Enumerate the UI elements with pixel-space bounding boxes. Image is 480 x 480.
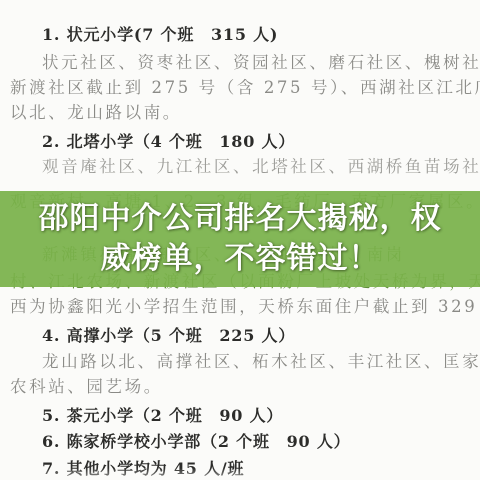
bottom-fade bbox=[0, 468, 480, 480]
section-heading-6: 6. 陈家桥学校小学部（2 个班 90 人） bbox=[42, 432, 350, 452]
section-heading-4: 4. 高撑小学（5 个班 225 人） bbox=[42, 326, 295, 346]
overlay-title: 邵阳中介公司排名大揭秘，权 威榜单，不容错过！ bbox=[0, 199, 480, 279]
section-heading-1: 1. 状元小学(7 个班 315 人) bbox=[42, 25, 278, 45]
section-1-line-3: 以北、龙山路以南。 bbox=[10, 103, 182, 123]
section-4-line-2: 农科站、园艺场。 bbox=[10, 377, 163, 397]
section-heading-2: 2. 北塔小学（4 个班 180 人） bbox=[42, 132, 295, 152]
section-4-line-1: 龙山路以北、高撑社区、柘木社区、丰江社区、匡家社区、 bbox=[42, 352, 480, 372]
section-1-line-1: 状元社区、资枣社区、资园社区、磨石社区、槐树社区、 bbox=[42, 53, 480, 73]
section-heading-5: 5. 茶元小学（2 个班 90 人） bbox=[42, 406, 283, 426]
overlay-title-line-1: 邵阳中介公司排名大揭秘，权 bbox=[0, 199, 480, 239]
document-page: 1. 状元小学(7 个班 315 人) 状元社区、资枣社区、资园社区、磨石社区、… bbox=[0, 0, 480, 480]
section-2-line-1: 观音庵社区、九江社区、北塔社区、西湖桥鱼苗场社区、 bbox=[42, 157, 480, 177]
section-1-line-2: 新渡社区截止到 275 号（含 275 号）、西湖社区江北广场魏源路 bbox=[10, 78, 480, 98]
overlay-title-line-2: 威榜单，不容错过！ bbox=[0, 239, 480, 279]
section-3-line-3: 西为协鑫阳光小学招生范围，天桥东面住户截止到 329 号）。 bbox=[10, 297, 480, 317]
